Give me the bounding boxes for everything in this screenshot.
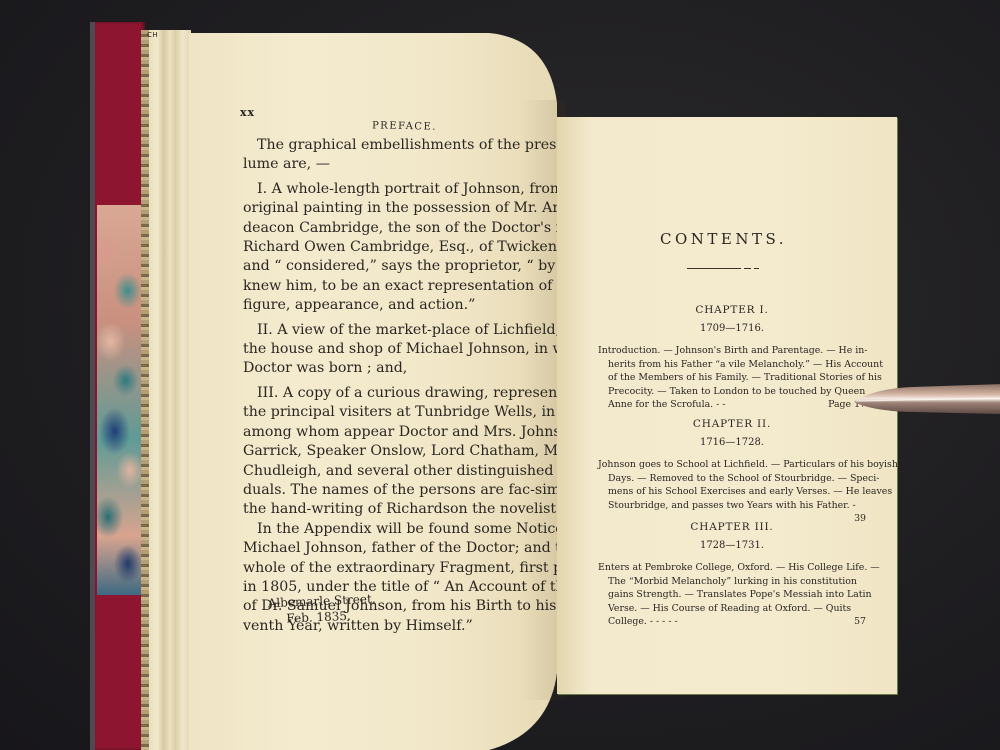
chapter-heading: CHAPTER III.	[598, 521, 866, 533]
summary-line: Johnson goes to School at Lichfield. — P…	[598, 458, 866, 472]
chapter-entry: CHAPTER I. 1709—1716. Introduction. — Jo…	[598, 304, 866, 412]
preface-signoff: Albemarle Street, Feb. 1835.	[267, 591, 376, 628]
summary-line: Precocity. — Taken to London to be touch…	[598, 385, 866, 399]
chapter-summary: Introduction. — Johnson's Birth and Pare…	[598, 344, 866, 412]
summary-line: Stourbridge, and passes two Years with h…	[608, 500, 856, 511]
text-line: whole of the extraordinary Fragment, fir…	[243, 559, 545, 578]
text-line: Richard Owen Cambridge, Esq., of Twicken…	[243, 238, 545, 257]
running-head: PREFACE.	[372, 120, 437, 132]
text-line: Michael Johnson, father of the Doctor; a…	[243, 539, 545, 558]
chapter-heading: CHAPTER I.	[598, 304, 866, 316]
text-line: and “ considered,” says the proprietor, …	[243, 257, 545, 276]
summary-line: of the Members of his Family. — Traditio…	[598, 371, 866, 385]
summary-line: The “Morbid Melancholy” lurking in his c…	[598, 575, 866, 589]
summary-line: herits from his Father “a vile Melanchol…	[598, 358, 866, 372]
summary-line: gains Strength. — Translates Pope's Mess…	[598, 588, 866, 602]
marbled-endpaper	[97, 205, 141, 595]
decorative-rule	[687, 268, 759, 269]
text-line: knew him, to be an exact representation …	[243, 277, 545, 296]
book-photo: CH xx PREFACE. The graphical embellishme…	[0, 0, 1000, 750]
summary-line: Anne for the Scrofula. - -	[608, 399, 725, 410]
text-line: the principal visiters at Tunbridge Well…	[243, 403, 545, 422]
page-stack-edge	[149, 30, 191, 750]
letter-opener-icon	[852, 381, 1000, 415]
summary-line: mens of his School Exercises and early V…	[598, 485, 866, 499]
signature-mark: CH	[147, 31, 158, 39]
text-line: lume are, —	[243, 155, 545, 174]
text-line: deacon Cambridge, the son of the Doctor'…	[243, 219, 545, 238]
headband	[141, 30, 149, 750]
summary-line: Introduction. — Johnson's Birth and Pare…	[598, 344, 866, 358]
text-line: II. A view of the market-place of Lichfi…	[243, 321, 545, 340]
preface-body: The graphical embellishments of the pres…	[243, 136, 545, 636]
text-line: In the Appendix will be found some Notic…	[243, 520, 545, 539]
chapter-summary: Enters at Pembroke College, Oxford. — Hi…	[598, 561, 866, 629]
chapter-years: 1709—1716.	[598, 323, 866, 334]
text-line: among whom appear Doctor and Mrs. Johnso…	[243, 423, 545, 442]
text-line: the house and shop of Michael Johnson, i…	[243, 340, 545, 359]
chapter-summary: Johnson goes to School at Lichfield. — P…	[598, 458, 866, 512]
text-line: I. A whole-length portrait of Johnson, f…	[243, 180, 545, 199]
page-folio: xx	[240, 106, 255, 119]
text-line: the hand-writing of Richardson the novel…	[243, 500, 545, 519]
chapter-entry: CHAPTER III. 1728—1731. Enters at Pembro…	[598, 521, 866, 629]
chapter-entry: CHAPTER II. 1716—1728. Johnson goes to S…	[598, 418, 866, 526]
text-line: duals. The names of the persons are fac-…	[243, 481, 545, 500]
chapter-years: 1716—1728.	[598, 437, 866, 448]
chapter-years: 1728—1731.	[598, 540, 866, 551]
summary-line: Verse. — His Course of Reading at Oxford…	[598, 602, 866, 616]
text-line: Doctor was born ; and,	[243, 359, 545, 378]
contents-title: CONTENTS.	[660, 230, 787, 248]
chapter-heading: CHAPTER II.	[598, 418, 866, 430]
text-line: original painting in the possession of M…	[243, 199, 545, 218]
summary-line: Enters at Pembroke College, Oxford. — Hi…	[598, 561, 866, 575]
text-line: Chudleigh, and several other distinguish…	[243, 462, 545, 481]
page-number: 57	[854, 615, 866, 629]
summary-line: Days. — Removed to the School of Stourbr…	[598, 472, 866, 486]
text-line: The graphical embellishments of the pres…	[243, 136, 545, 155]
text-line: III. A copy of a curious drawing, repres…	[243, 384, 545, 403]
text-line: Garrick, Speaker Onslow, Lord Chatham, M…	[243, 442, 545, 461]
text-line: figure, appearance, and action.”	[243, 296, 545, 315]
summary-line: College. - - - - -	[608, 616, 678, 627]
